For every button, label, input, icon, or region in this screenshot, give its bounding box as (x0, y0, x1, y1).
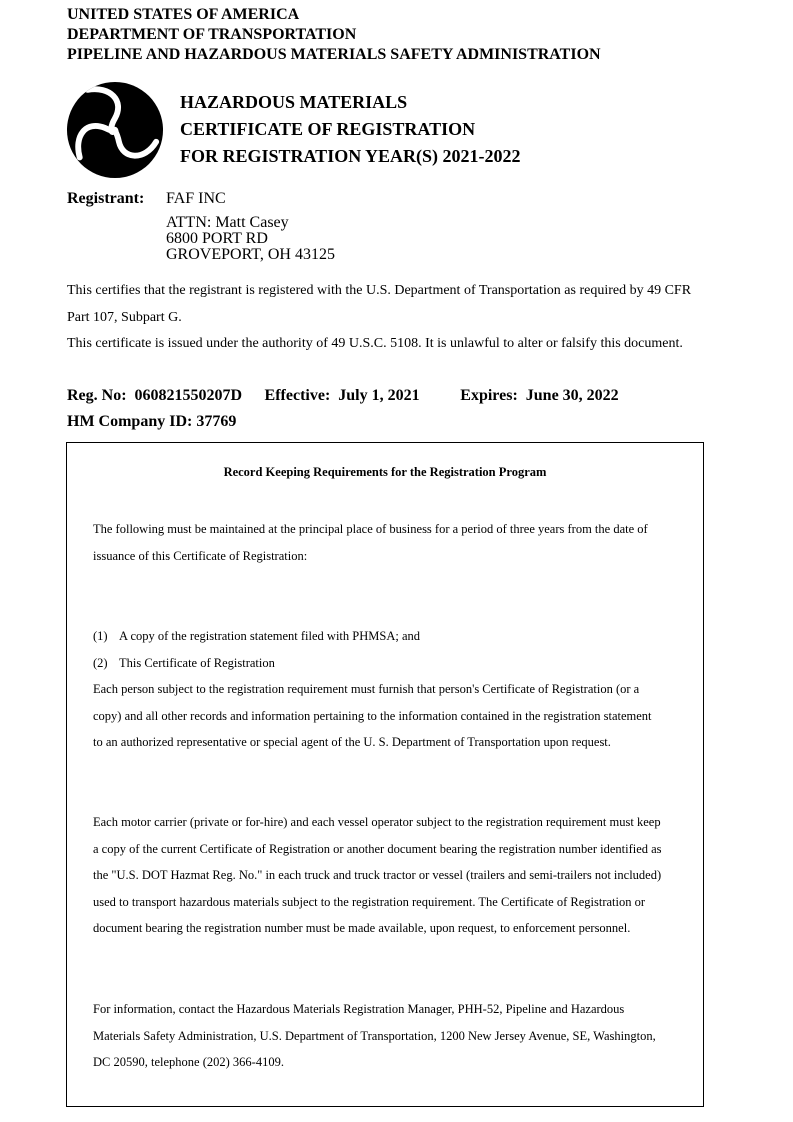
record-keeping-list: (1)A copy of the registration statement … (93, 623, 663, 676)
list-item-number: (1) (93, 623, 119, 650)
certification-paragraph-2: This certificate is issued under the aut… (67, 331, 697, 358)
certification-text: This certifies that the registrant is re… (67, 278, 697, 358)
dot-logo-icon (66, 81, 164, 179)
title-line-1: HAZARDOUS MATERIALS (180, 89, 521, 116)
registrant-city: GROVEPORT, OH 43125 (166, 247, 335, 263)
registrant-street: 6800 PORT RD (166, 231, 335, 247)
effective-value: July 1, 2021 (338, 383, 426, 409)
reg-no-value: 060821550207D (135, 383, 239, 409)
certificate-title: HAZARDOUS MATERIALS CERTIFICATE OF REGIS… (180, 89, 521, 170)
list-item: (2)This Certificate of Registration (93, 650, 663, 677)
registrant-attn: ATTN: Matt Casey (166, 215, 335, 231)
agency-department: DEPARTMENT OF TRANSPORTATION (67, 25, 601, 45)
agency-administration: PIPELINE AND HAZARDOUS MATERIALS SAFETY … (67, 45, 601, 65)
title-line-2: CERTIFICATE OF REGISTRATION (180, 116, 521, 143)
registrant-label: Registrant: (67, 190, 144, 208)
title-line-3: FOR REGISTRATION YEAR(S) 2021-2022 (180, 143, 521, 170)
registration-details: Reg. No: 060821550207D Effective: July 1… (67, 383, 619, 409)
agency-country: UNITED STATES OF AMERICA (67, 5, 601, 25)
contact-paragraph: For information, contact the Hazardous M… (93, 996, 663, 1076)
furnish-paragraph: Each person subject to the registration … (93, 676, 663, 756)
expires-value: June 30, 2022 (526, 383, 619, 409)
list-item-text: A copy of the registration statement fil… (119, 629, 420, 643)
record-keeping-intro: The following must be maintained at the … (93, 516, 663, 569)
expires-label: Expires: (460, 383, 517, 409)
record-keeping-box: Record Keeping Requirements for the Regi… (66, 442, 704, 1107)
record-keeping-title: Record Keeping Requirements for the Regi… (67, 465, 703, 480)
hm-company-id-value: 37769 (196, 413, 236, 430)
carrier-paragraph: Each motor carrier (private or for-hire)… (93, 809, 663, 942)
registrant-name: FAF INC (166, 190, 226, 208)
reg-no-label: Reg. No: (67, 383, 127, 409)
effective-label: Effective: (265, 383, 331, 409)
registrant-address: ATTN: Matt Casey 6800 PORT RD GROVEPORT,… (166, 215, 335, 263)
hm-company-id: HM Company ID: 37769 (67, 409, 236, 435)
agency-header: UNITED STATES OF AMERICA DEPARTMENT OF T… (67, 5, 601, 65)
hm-company-id-label: HM Company ID: (67, 413, 192, 430)
list-item: (1)A copy of the registration statement … (93, 623, 663, 650)
certification-paragraph-1: This certifies that the registrant is re… (67, 278, 697, 331)
list-item-number: (2) (93, 650, 119, 677)
list-item-text: This Certificate of Registration (119, 656, 275, 670)
